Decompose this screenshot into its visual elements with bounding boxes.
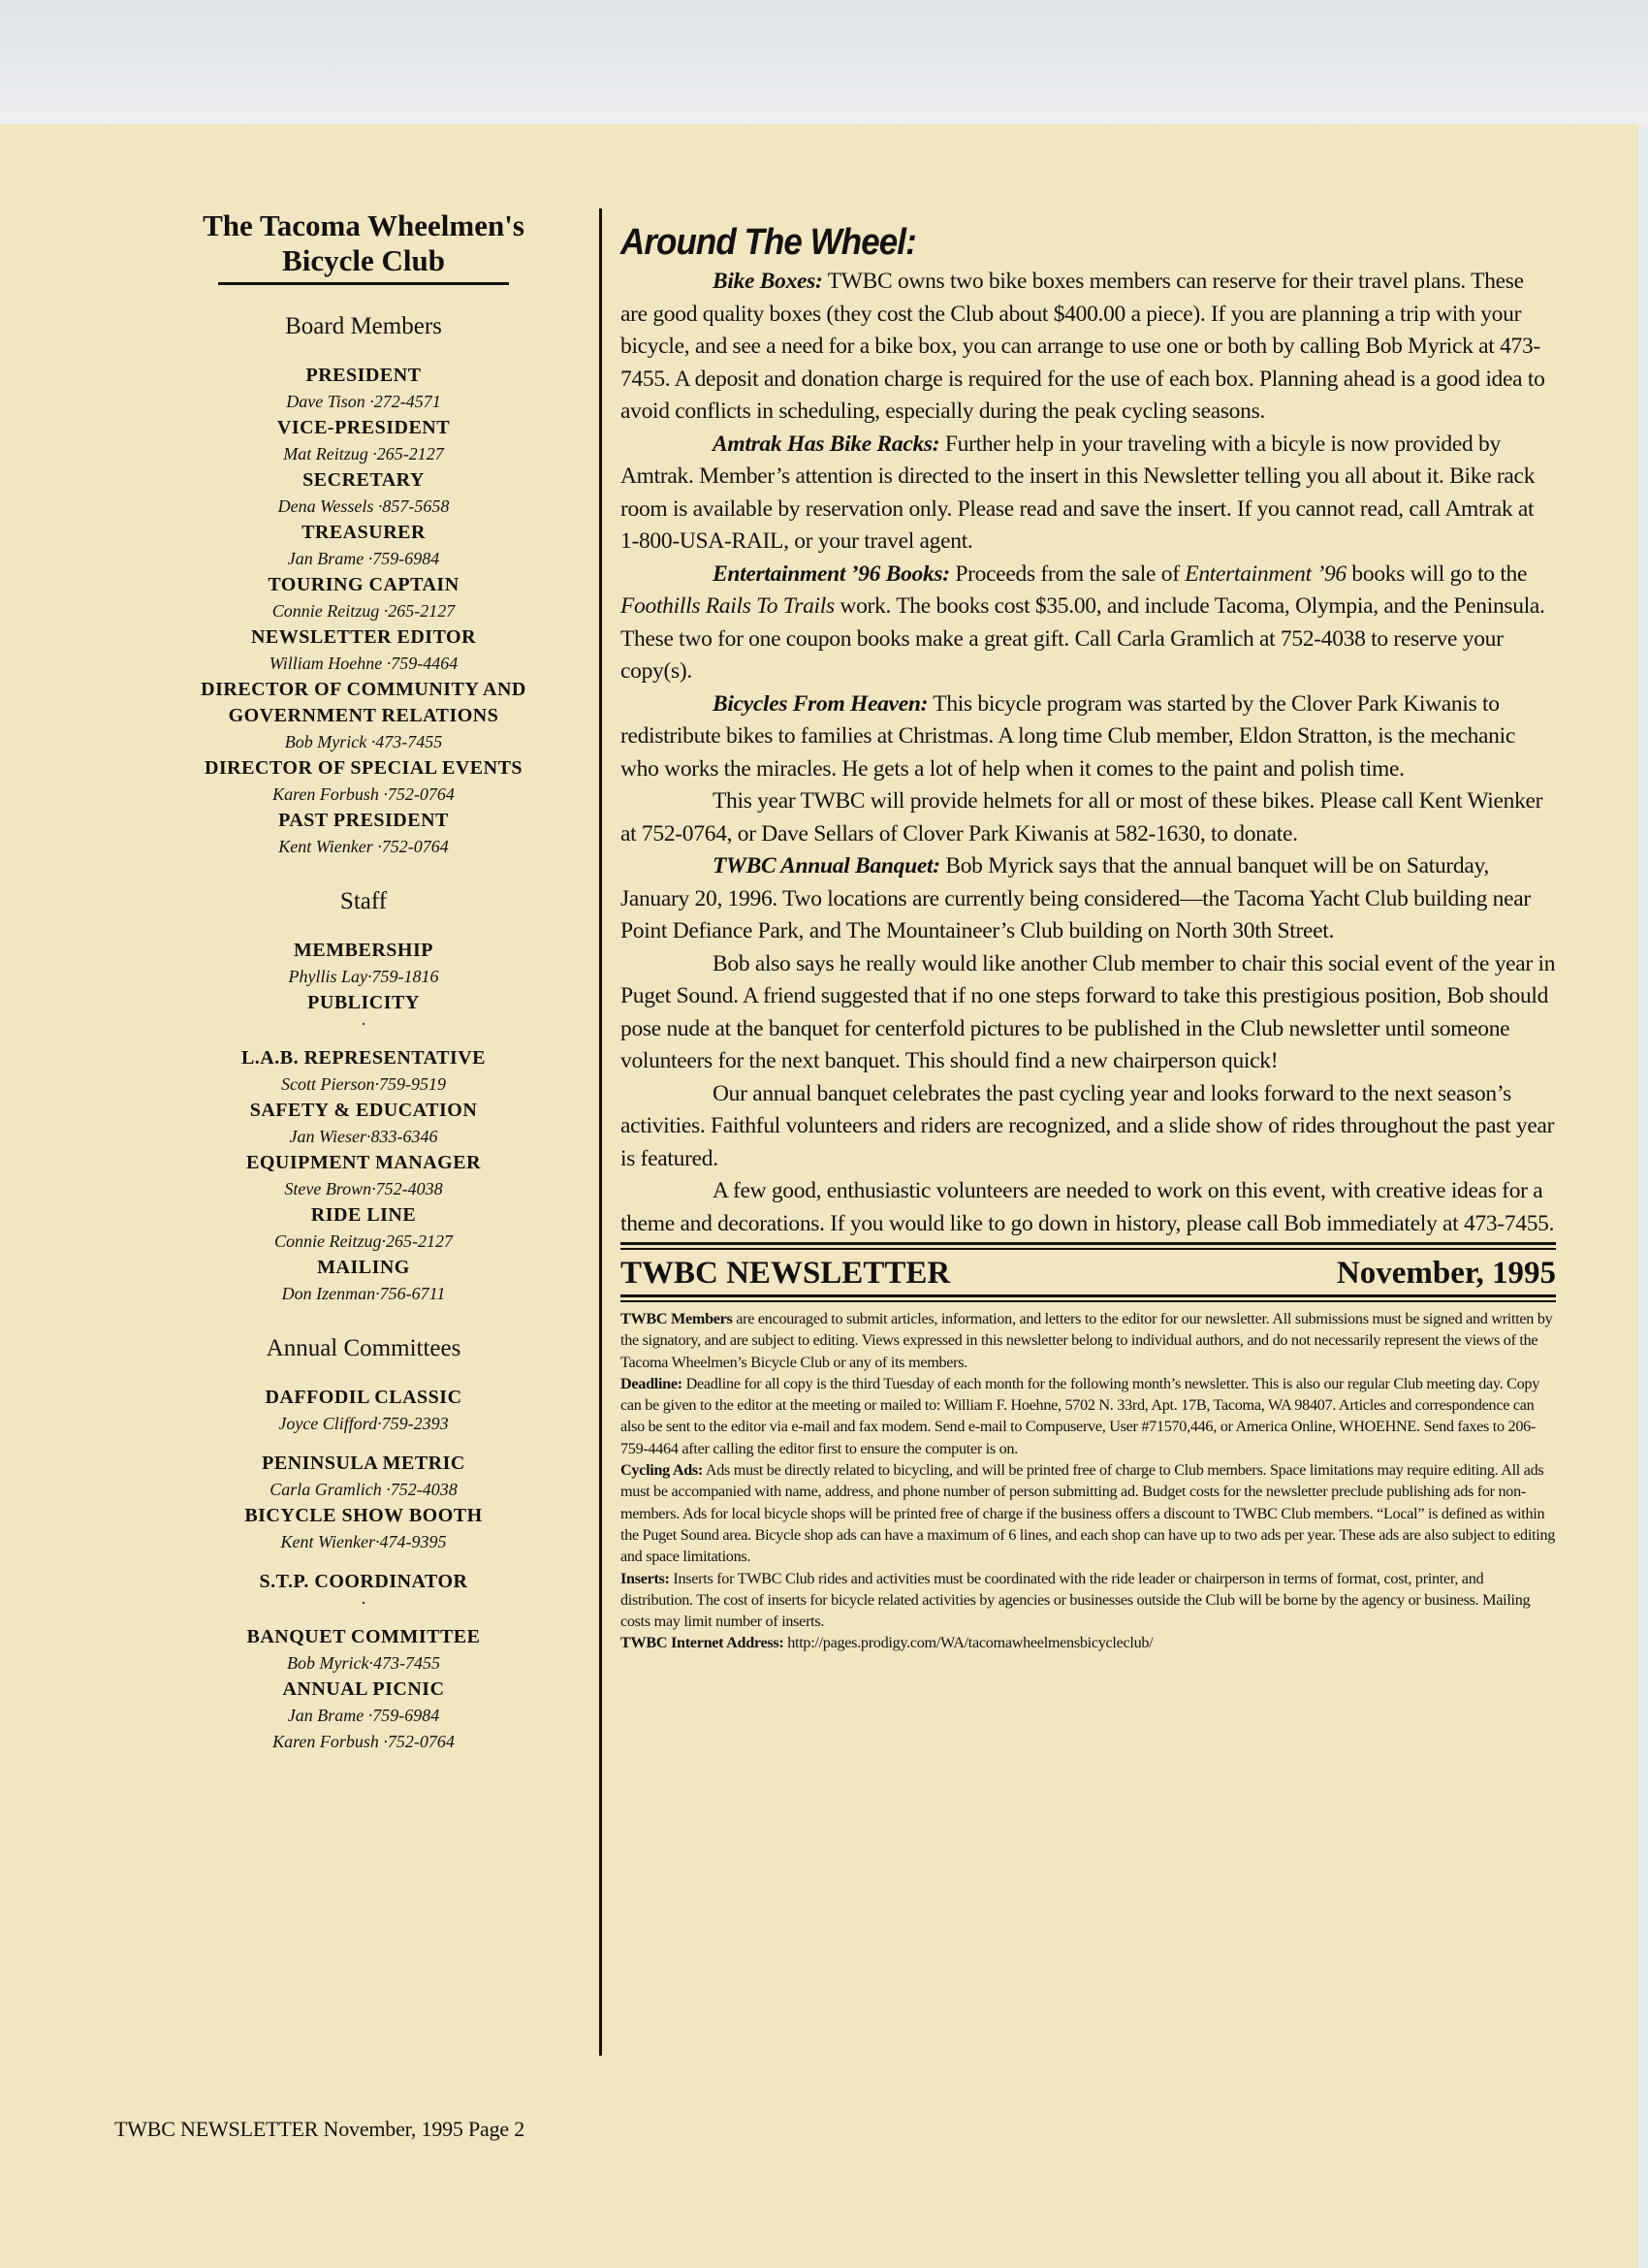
role-title: DIRECTOR OF SPECIAL EVENTS — [145, 755, 582, 782]
role-title: PENINSULA METRIC — [145, 1451, 582, 1477]
article-paragraph: Our annual banquet celebrates the past c… — [620, 1078, 1556, 1176]
spacer — [145, 1032, 582, 1045]
article-body: Bike Boxes: TWBC owns two bike boxes mem… — [620, 266, 1556, 1240]
article-headline: Around The Wheel: — [620, 221, 1481, 264]
role-title: PUBLICITY — [145, 990, 582, 1016]
member-name-phone: Jan Wieser·833-6346 — [145, 1124, 582, 1150]
member-name-phone: Don Izenman·756-6711 — [145, 1281, 582, 1307]
annual-committees-list: DAFFODIL CLASSICJoyce Clifford·759-2393P… — [145, 1385, 582, 1755]
vacant-marker: · — [145, 1016, 582, 1032]
notice-item: TWBC Internet Address: http://pages.prod… — [620, 1632, 1556, 1653]
member-name-phone: Kent Wienker·474-9395 — [145, 1529, 582, 1555]
article-paragraph: Entertainment ’96 Books: Proceeds from t… — [620, 559, 1556, 688]
article-paragraph: A few good, enthusiastic volunteers are … — [620, 1175, 1556, 1240]
member-name-phone: Karen Forbush ·752-0764 — [145, 782, 582, 808]
role-title: RIDE LINE — [145, 1202, 582, 1229]
spacer — [145, 1555, 582, 1569]
notice-text: Deadline for all copy is the third Tuesd… — [620, 1375, 1539, 1457]
spacer — [145, 1437, 582, 1451]
scanner-background — [0, 0, 1648, 126]
article-paragraph: Bob also says he really would like anoth… — [620, 948, 1556, 1078]
role-title: PAST PRESIDENT — [145, 808, 582, 834]
page-footer: TWBC NEWSLETTER November, 1995 Page 2 — [114, 2117, 524, 2142]
role-title: PRESIDENT — [145, 363, 582, 389]
paragraph-lead: Amtrak Has Bike Racks: — [713, 431, 939, 457]
newsletter-notices: TWBC Members are encouraged to submit ar… — [620, 1308, 1556, 1654]
member-name-phone: Steve Brown·752-4038 — [145, 1176, 582, 1202]
member-name-phone: Carla Gramlich ·752-4038 — [145, 1477, 582, 1503]
paragraph-text: Bob also says he really would like anoth… — [620, 951, 1555, 1074]
role-title: ANNUAL PICNIC — [145, 1677, 582, 1703]
notice-label: Cycling Ads: — [620, 1461, 703, 1479]
notice-label: TWBC Members — [620, 1310, 733, 1327]
notice-item: TWBC Members are encouraged to submit ar… — [620, 1308, 1556, 1373]
role-title: L.A.B. REPRESENTATIVE — [145, 1045, 582, 1071]
paragraph-lead: Entertainment ’96 Books: — [713, 561, 950, 587]
member-name-phone: Bob Myrick·473-7455 — [145, 1650, 582, 1677]
vacant-marker: · — [145, 1595, 582, 1611]
paragraph-text: Our annual banquet celebrates the past c… — [620, 1081, 1554, 1171]
member-name-phone: Kent Wienker ·752-0764 — [145, 834, 582, 860]
member-name-phone: Mat Reitzug ·265-2127 — [145, 441, 582, 467]
board-members-list: PRESIDENTDave Tison ·272-4571VICE-PRESID… — [145, 363, 582, 860]
role-title: S.T.P. COORDINATOR — [145, 1569, 582, 1595]
article-paragraph: TWBC Annual Banquet: Bob Myrick says tha… — [620, 850, 1556, 948]
club-title-line2: Bicycle Club — [145, 243, 582, 278]
role-title: DAFFODIL CLASSIC — [145, 1385, 582, 1411]
member-name-phone: Dave Tison ·272-4571 — [145, 389, 582, 415]
member-name-phone: Dena Wessels ·857-5658 — [145, 494, 582, 520]
role-title: BANQUET COMMITTEE — [145, 1624, 582, 1650]
notice-label: Inserts: — [620, 1570, 670, 1587]
role-title: VICE-PRESIDENT — [145, 415, 582, 441]
notice-item: Inserts: Inserts for TWBC Club rides and… — [620, 1568, 1556, 1633]
paragraph-text: A few good, enthusiastic volunteers are … — [620, 1178, 1554, 1236]
newsletter-name: TWBC NEWSLETTER — [620, 1254, 950, 1293]
sidebar-directory: The Tacoma Wheelmen's Bicycle Club Board… — [145, 208, 582, 1755]
notice-text: http://pages.prodigy.com/WA/tacomawheelm… — [783, 1634, 1153, 1651]
role-title: SAFETY & EDUCATION — [145, 1098, 582, 1124]
paragraph-lead: Bike Boxes: — [713, 269, 823, 294]
notice-item: Deadline: Deadline for all copy is the t… — [620, 1373, 1556, 1459]
newsletter-date: November, 1995 — [1337, 1254, 1556, 1293]
role-title: EQUIPMENT MANAGER — [145, 1150, 582, 1176]
member-name-phone: Joyce Clifford·759-2393 — [145, 1411, 582, 1437]
article-paragraph: Amtrak Has Bike Racks: Further help in y… — [620, 429, 1556, 559]
role-title: BICYCLE SHOW BOOTH — [145, 1503, 582, 1529]
staff-list: MEMBERSHIPPhyllis Lay·759-1816PUBLICITY·… — [145, 938, 582, 1307]
member-name-phone: Bob Myrick ·473-7455 — [145, 729, 582, 755]
title-italic: Entertainment ’96 — [1185, 561, 1347, 587]
notice-label: TWBC Internet Address: — [620, 1634, 783, 1651]
article-paragraph: Bicycles From Heaven: This bicycle progr… — [620, 688, 1556, 786]
board-members-heading: Board Members — [145, 312, 582, 341]
member-name-phone: Scott Pierson·759-9519 — [145, 1071, 582, 1098]
role-title: TOURING CAPTAIN — [145, 572, 582, 598]
article-paragraph: Bike Boxes: TWBC owns two bike boxes mem… — [620, 266, 1556, 429]
member-name-phone: Phyllis Lay·759-1816 — [145, 964, 582, 990]
paragraph-text: books will go to the — [1347, 561, 1527, 587]
paragraph-text: This year TWBC will provide helmets for … — [620, 788, 1542, 847]
role-title: MEMBERSHIP — [145, 938, 582, 964]
member-name-phone: Connie Reitzug ·265-2127 — [145, 598, 582, 624]
role-title: NEWSLETTER EDITOR — [145, 624, 582, 651]
paragraph-lead: TWBC Annual Banquet: — [713, 853, 940, 878]
title-underline — [218, 282, 509, 285]
annual-committees-heading: Annual Committees — [145, 1334, 582, 1363]
member-name-phone: Jan Brame ·759-6984 — [145, 1703, 582, 1729]
role-title: TREASURER — [145, 520, 582, 546]
article-paragraph: This year TWBC will provide helmets for … — [620, 785, 1556, 850]
column-divider — [599, 208, 602, 2056]
notice-item: Cycling Ads: Ads must be directly relate… — [620, 1459, 1556, 1567]
title-italic: Foothills Rails To Trails — [620, 593, 835, 619]
role-title: DIRECTOR OF COMMUNITY AND — [145, 677, 582, 703]
member-name-phone: Connie Reitzug·265-2127 — [145, 1229, 582, 1255]
notice-text: are encouraged to submit articles, infor… — [620, 1310, 1552, 1371]
masthead-bottom-rule — [620, 1294, 1556, 1302]
staff-heading: Staff — [145, 887, 582, 916]
notice-label: Deadline: — [620, 1375, 682, 1392]
notice-text: Inserts for TWBC Club rides and activiti… — [620, 1570, 1530, 1631]
role-title: MAILING — [145, 1255, 582, 1281]
role-title: SECRETARY — [145, 467, 582, 494]
member-name-phone: Jan Brame ·759-6984 — [145, 546, 582, 572]
main-column: Around The Wheel: Bike Boxes: TWBC owns … — [620, 221, 1556, 1654]
paragraph-lead: Bicycles From Heaven: — [713, 691, 928, 717]
notice-text: Ads must be directly related to bicyclin… — [620, 1461, 1555, 1565]
member-name-phone: Karen Forbush ·752-0764 — [145, 1729, 582, 1755]
newsletter-masthead: TWBC NEWSLETTER November, 1995 — [620, 1254, 1556, 1293]
masthead-top-rule — [620, 1242, 1556, 1250]
paragraph-text: Proceeds from the sale of — [950, 561, 1185, 587]
club-title-line1: The Tacoma Wheelmen's — [145, 208, 582, 243]
member-name-phone: William Hoehne ·759-4464 — [145, 651, 582, 677]
spacer — [145, 1611, 582, 1624]
role-title: GOVERNMENT RELATIONS — [145, 703, 582, 729]
